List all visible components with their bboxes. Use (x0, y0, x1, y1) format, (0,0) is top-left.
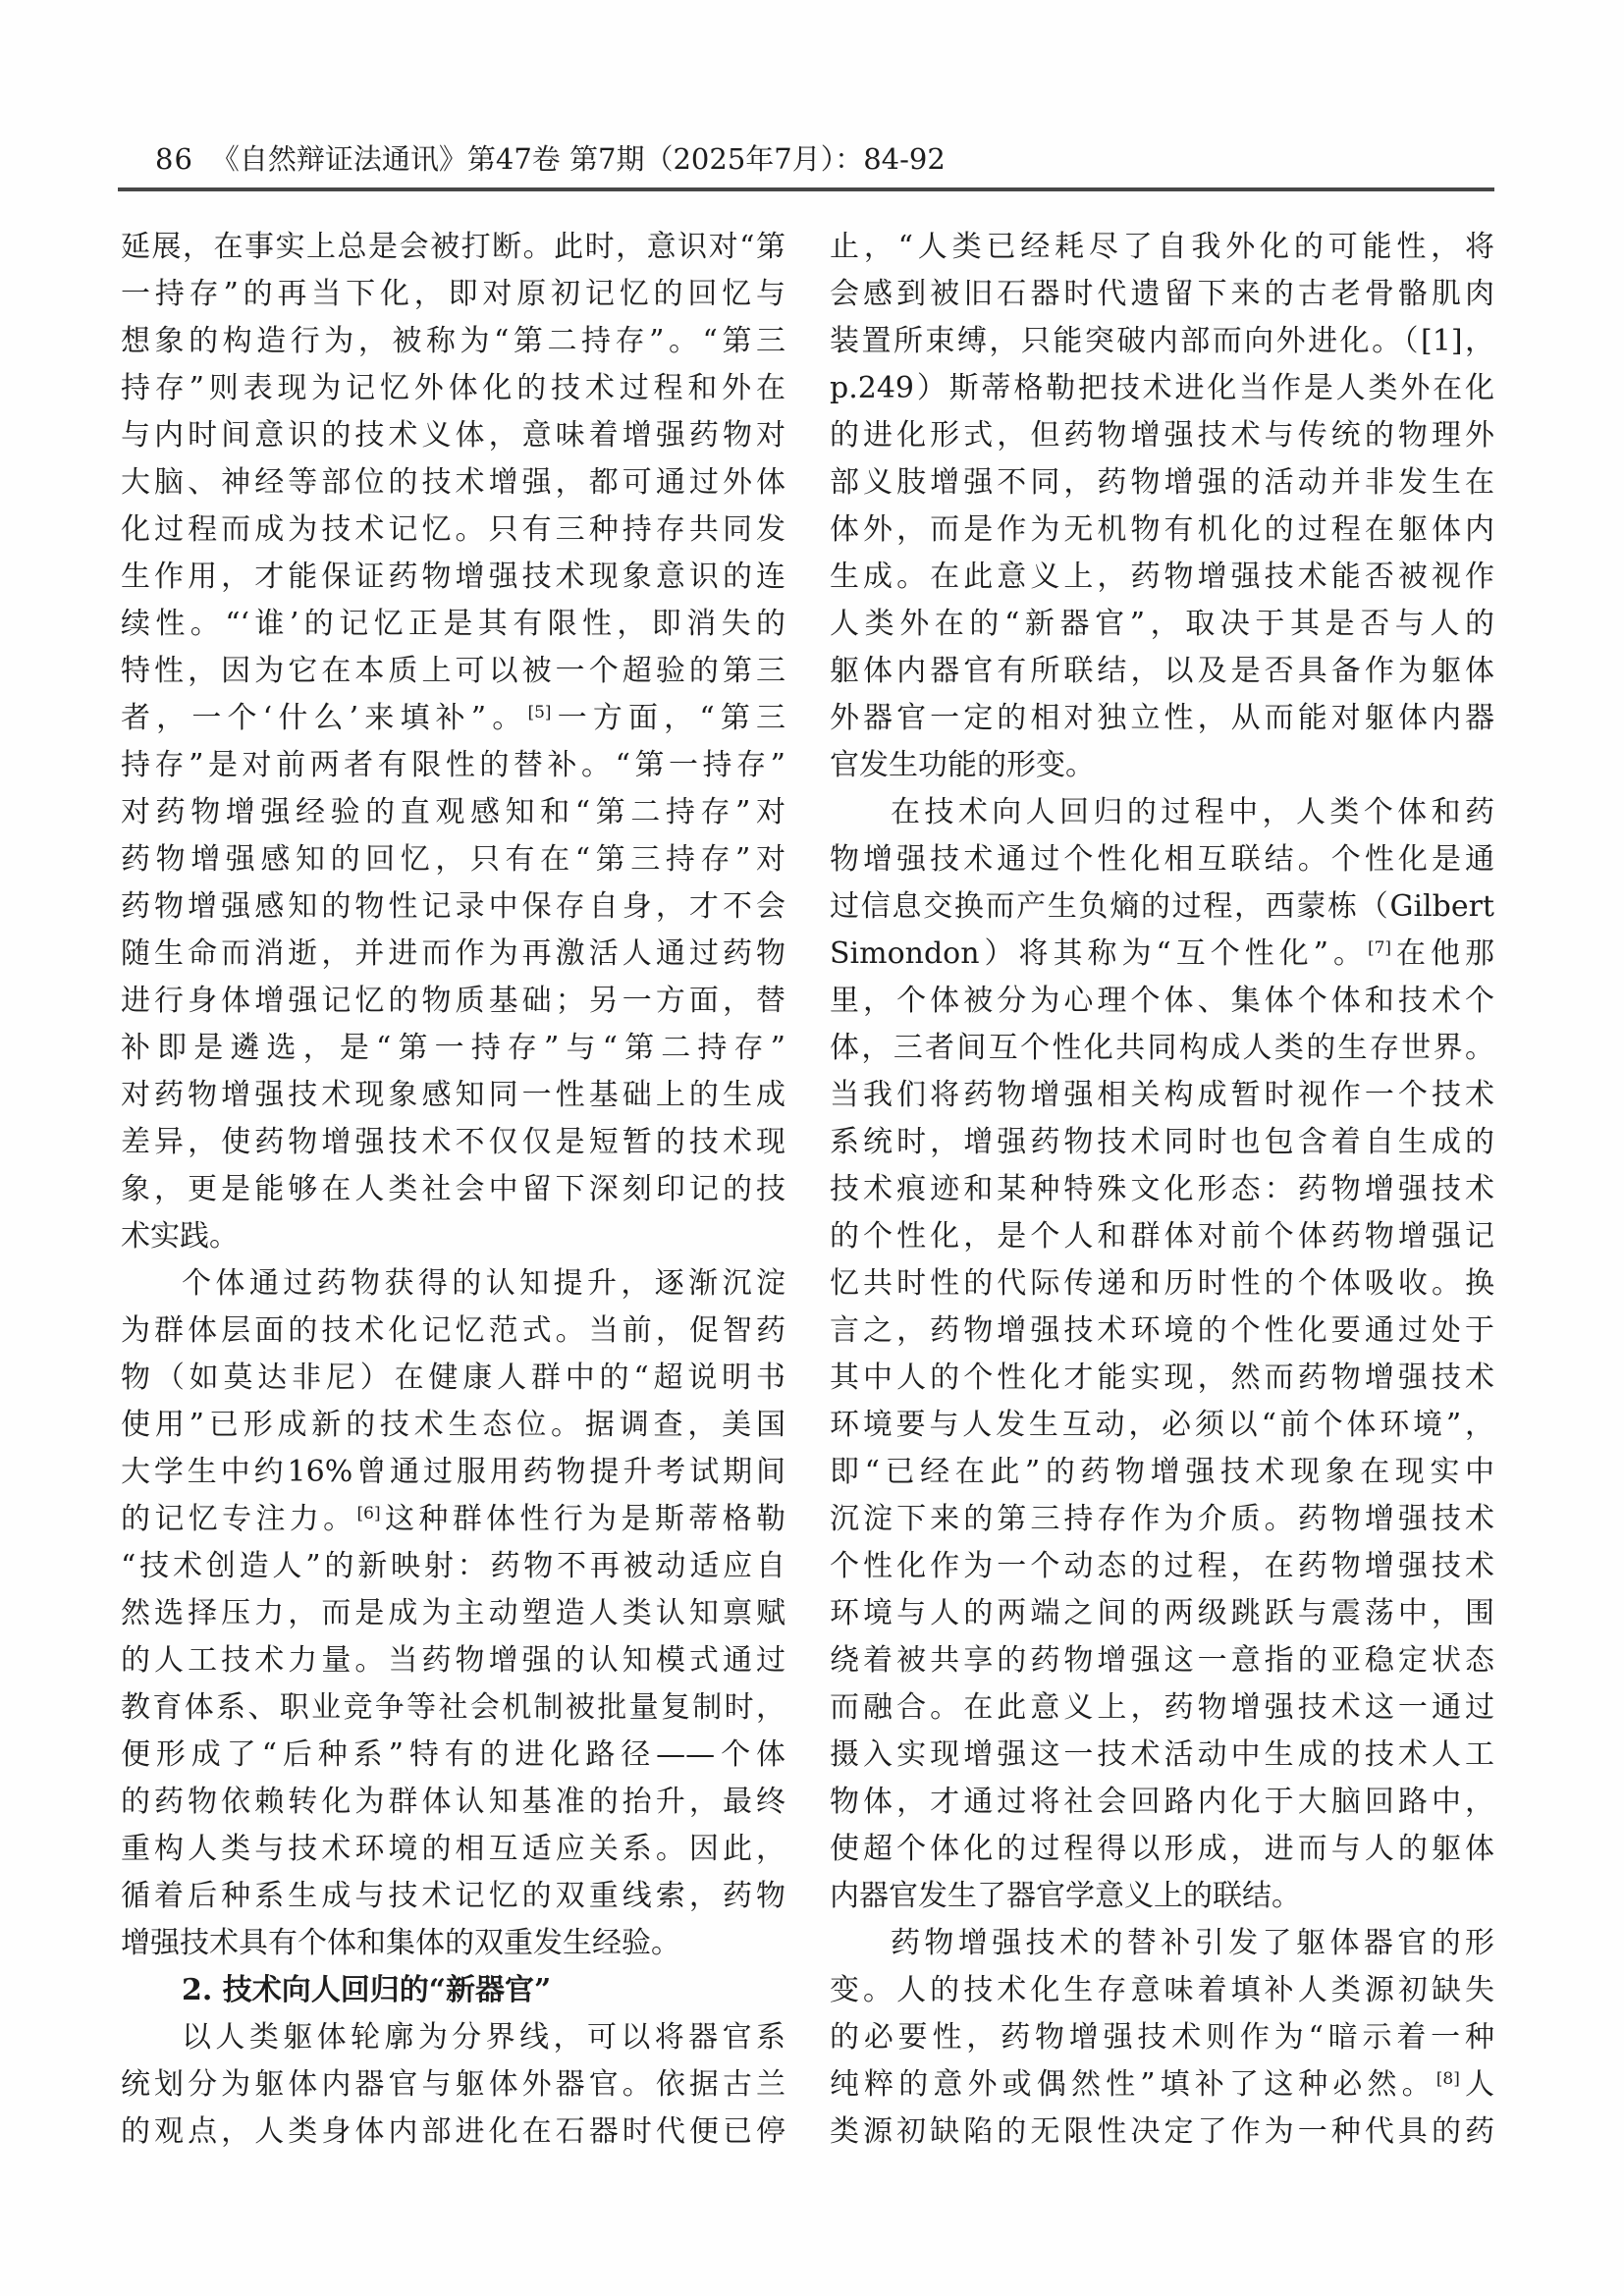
body-text-line: 药物增强感知的物性记录中保存自身，才不会 (121, 883, 785, 931)
body-text-line: 的记忆专注力。[6]这种群体性行为是斯蒂格勒 (121, 1496, 785, 1543)
body-text-line: 使用”已形成新的技术生态位。据调查，美国 (121, 1402, 785, 1449)
body-text-line: Simondon）将其称为“互个性化”。[7]在他那 (830, 931, 1494, 978)
body-text-line: 装置所束缚，只能突破内部而向外进化。（[1]， (830, 318, 1494, 365)
body-text-line: 大脑、神经等部位的技术增强，都可通过外体 (121, 459, 785, 507)
body-text-line: 变。人的技术化生存意味着填补人类源初缺失 (830, 1967, 1494, 2014)
body-text-line: 续性。“‘谁’的记忆正是其有限性，即消失的 (121, 601, 785, 648)
body-text-line: 环境与人的两端之间的两级跳跃与震荡中，围 (830, 1590, 1494, 1637)
citation-ref: [6] (357, 1504, 381, 1523)
body-text-line: 摄入实现增强这一技术活动中生成的技术人工 (830, 1732, 1494, 1779)
body-text-line: 对药物增强经验的直观感知和“第二持存”对 (121, 789, 785, 836)
body-text-line: 使超个体化的过程得以形成，进而与人的躯体 (830, 1826, 1494, 1873)
body-text-line: 纯粹的意外或偶然性”填补了这种必然。[8]人 (830, 2061, 1494, 2109)
body-text-line: 物增强技术通过个性化相互联结。个性化是通 (830, 836, 1494, 883)
body-text-line: 体，三者间互个性化共同构成人类的生存世界。 (830, 1025, 1494, 1072)
body-text-line: “技术创造人”的新映射：药物不再被动适应自 (121, 1543, 785, 1590)
body-text-line: 的药物依赖转化为群体认知基准的抬升，最终 (121, 1779, 785, 1826)
body-text-line: 技术痕迹和某种特殊文化形态：药物增强技术 (830, 1166, 1494, 1213)
body-text-line: 个体通过药物获得的认知提升，逐渐沉淀 (121, 1260, 785, 1308)
body-text-line: 随生命而消逝，并进而作为再激活人通过药物 (121, 931, 785, 978)
body-text-line: 补即是遴选，是“第一持存”与“第二持存” (121, 1025, 785, 1072)
header-divider (118, 187, 1494, 191)
body-text-line: 个性化作为一个动态的过程，在药物增强技术 (830, 1543, 1494, 1590)
body-text-line: 统划分为躯体内器官与躯体外器官。依据古兰 (121, 2061, 785, 2109)
body-text-line: 沉淀下来的第三持存作为介质。药物增强技术 (830, 1496, 1494, 1543)
body-text-line: 教育体系、职业竞争等社会机制被批量复制时， (121, 1684, 785, 1732)
body-text-line: 持存”则表现为记忆外体化的技术过程和外在 (121, 365, 785, 412)
body-text-line: 言之，药物增强技术环境的个性化要通过处于 (830, 1308, 1494, 1355)
body-text-line: 物（如莫达非尼）在健康人群中的“超说明书 (121, 1355, 785, 1402)
body-text-line: 系统时，增强药物技术同时也包含着自生成的 (830, 1119, 1494, 1166)
body-text-line: 即“已经在此”的药物增强技术现象在现实中 (830, 1449, 1494, 1496)
section-heading: 2. 技术向人回归的“新器官” (121, 1967, 785, 2014)
body-text-line: 以人类躯体轮廓为分界线，可以将器官系 (121, 2014, 785, 2061)
body-text-line: 类源初缺陷的无限性决定了作为一种代具的药 (830, 2109, 1494, 2156)
body-text-line: 的进化形式，但药物增强技术与传统的物理外 (830, 412, 1494, 459)
body-text-line: 特性，因为它在本质上可以被一个超验的第三 (121, 648, 785, 695)
body-text-line: 术实践。 (121, 1213, 785, 1260)
body-text-line: 忆共时性的代际传递和历时性的个体吸收。换 (830, 1260, 1494, 1308)
body-text-line: 增强技术具有个体和集体的双重发生经验。 (121, 1920, 785, 1967)
body-text-line: 延展，在事实上总是会被打断。此时，意识对“第 (121, 224, 785, 271)
body-text-line: 部义肢增强不同，药物增强的活动并非发生在 (830, 459, 1494, 507)
body-text-line: 止，“人类已经耗尽了自我外化的可能性，将 (830, 224, 1494, 271)
body-text-line: 的个性化，是个人和群体对前个体药物增强记 (830, 1213, 1494, 1260)
citation-ref: [8] (1436, 2069, 1460, 2089)
body-text-line: 大学生中约16%曾通过服用药物提升考试期间 (121, 1449, 785, 1496)
left-column: 延展，在事实上总是会被打断。此时，意识对“第一持存”的再当下化，即对原初记忆的回… (121, 224, 785, 2156)
body-text-line: 的必要性，药物增强技术则作为“暗示着一种 (830, 2014, 1494, 2061)
body-text-line: 药物增强感知的回忆，只有在“第三持存”对 (121, 836, 785, 883)
page-number: 86 (155, 141, 193, 177)
body-text-line: 持存”是对前两者有限性的替补。“第一持存” (121, 742, 785, 789)
body-text-line: 对药物增强技术现象感知同一性基础上的生成 (121, 1072, 785, 1119)
body-text-line: p.249）斯蒂格勒把技术进化当作是人类外在化 (830, 365, 1494, 412)
citation-ref: [7] (1368, 938, 1391, 958)
body-text-line: 然选择压力，而是成为主动塑造人类认知禀赋 (121, 1590, 785, 1637)
body-text-line: 重构人类与技术环境的相互适应关系。因此， (121, 1826, 785, 1873)
body-text-line: 者，一个‘什么’来填补”。[5]一方面，“第三 (121, 695, 785, 742)
citation-ref: [5] (527, 703, 551, 722)
body-text-line: 象，更是能够在人类社会中留下深刻印记的技 (121, 1166, 785, 1213)
body-text-line: 内器官发生了器官学意义上的联结。 (830, 1873, 1494, 1920)
body-text-line: 过信息交换而产生负熵的过程，西蒙栋（Gilbert (830, 883, 1494, 931)
body-text-line: 进行身体增强记忆的物质基础；另一方面，替 (121, 978, 785, 1025)
body-text-line: 想象的构造行为，被称为“第二持存”。“第三 (121, 318, 785, 365)
body-text-line: 的人工技术力量。当药物增强的认知模式通过 (121, 1637, 785, 1684)
body-text-line: 其中人的个性化才能实现，然而药物增强技术 (830, 1355, 1494, 1402)
body-text-line: 化过程而成为技术记忆。只有三种持存共同发 (121, 507, 785, 554)
page-header: 86 《自然辩证法通讯》第47卷 第7期（2025年7月）：84-92 (155, 141, 946, 177)
body-text-line: 里，个体被分为心理个体、集体个体和技术个 (830, 978, 1494, 1025)
body-text-line: 会感到被旧石器时代遗留下来的古老骨骼肌肉 (830, 271, 1494, 318)
body-text-line: 循着后种系生成与技术记忆的双重线索，药物 (121, 1873, 785, 1920)
body-text-line: 生作用，才能保证药物增强技术现象意识的连 (121, 554, 785, 601)
body-text-line: 环境要与人发生互动，必须以“前个体环境”， (830, 1402, 1494, 1449)
body-text-line: 的观点，人类身体内部进化在石器时代便已停 (121, 2109, 785, 2156)
right-column: 止，“人类已经耗尽了自我外化的可能性，将会感到被旧石器时代遗留下来的古老骨骼肌肉… (830, 224, 1494, 2156)
body-text-line: 体外，而是作为无机物有机化的过程在躯体内 (830, 507, 1494, 554)
body-text-line: 为群体层面的技术化记忆范式。当前，促智药 (121, 1308, 785, 1355)
body-text-line: 生成。在此意义上，药物增强技术能否被视作 (830, 554, 1494, 601)
body-text-line: 药物增强技术的替补引发了躯体器官的形 (830, 1920, 1494, 1967)
body-text-line: 而融合。在此意义上，药物增强技术这一通过 (830, 1684, 1494, 1732)
body-text-line: 官发生功能的形变。 (830, 742, 1494, 789)
body-text-line: 一持存”的再当下化，即对原初记忆的回忆与 (121, 271, 785, 318)
body-text-line: 躯体内器官有所联结，以及是否具备作为躯体 (830, 648, 1494, 695)
body-text-line: 物体，才通过将社会回路内化于大脑回路中， (830, 1779, 1494, 1826)
body-text-line: 便形成了“后种系”特有的进化路径——个体 (121, 1732, 785, 1779)
journal-page: 86 《自然辩证法通讯》第47卷 第7期（2025年7月）：84-92 延展，在… (0, 0, 1624, 2296)
body-text-line: 与内时间意识的技术义体，意味着增强药物对 (121, 412, 785, 459)
body-text-line: 差异，使药物增强技术不仅仅是短暂的技术现 (121, 1119, 785, 1166)
body-text-line: 外器官一定的相对独立性，从而能对躯体内器 (830, 695, 1494, 742)
body-text-line: 人类外在的“新器官”，取决于其是否与人的 (830, 601, 1494, 648)
body-text-line: 在技术向人回归的过程中，人类个体和药 (830, 789, 1494, 836)
journal-info: 《自然辩证法通讯》第47卷 第7期（2025年7月）：84-92 (211, 141, 946, 177)
body-text-line: 当我们将药物增强相关构成暂时视作一个技术 (830, 1072, 1494, 1119)
body-text-line: 绕着被共享的药物增强这一意指的亚稳定状态 (830, 1637, 1494, 1684)
